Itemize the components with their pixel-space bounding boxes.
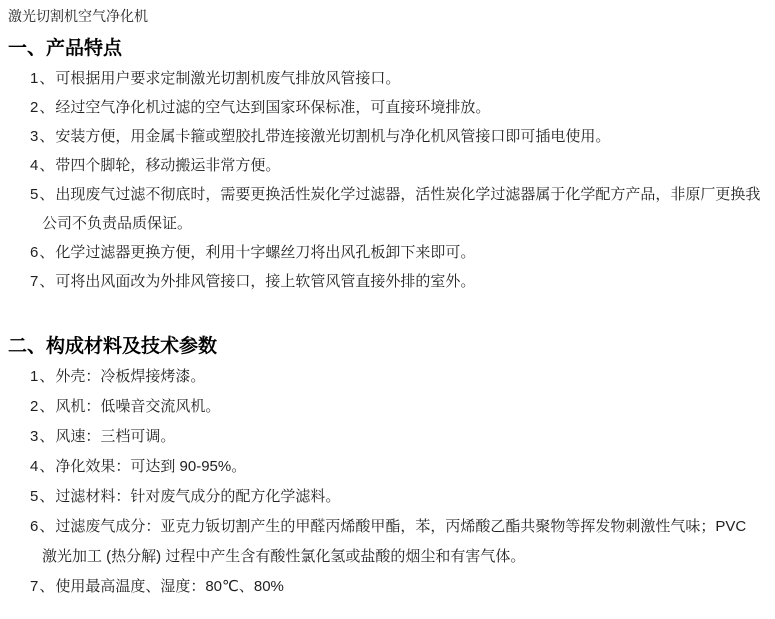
list-item: 6、过滤废气成分：亚克力钣切割产生的甲醛丙烯酸甲酯，苯，丙烯酸乙酯共聚物等挥发物… [8,512,765,572]
item-text: 安装方便，用金属卡箍或塑胶扎带连接激光切割机与净化机风管接口即可插电使用。 [55,128,610,145]
item-number: 1、 [30,70,55,87]
list-item: 2、经过空气净化机过滤的空气达到国家环保标准，可直接环境排放。 [8,93,765,122]
section-2-heading: 二、构成材料及技术参数 [8,334,765,360]
item-number: 7、 [30,578,55,595]
item-number: 3、 [30,428,55,445]
list-item: 1、外壳：冷板焊接烤漆。 [8,362,765,392]
list-item: 2、风机：低噪音交流风机。 [8,392,765,422]
document: 激光切割机空气净化机 一、产品特点 1、可根据用户要求定制激光切割机废气排放风管… [0,0,775,602]
item-text: 净化效果：可达到 90-95%。 [55,458,246,475]
item-text: 带四个脚轮，移动搬运非常方便。 [55,157,280,174]
document-title: 激光切割机空气净化机 [8,6,765,27]
section-1-heading: 一、产品特点 [8,36,765,62]
section-2-list: 1、外壳：冷板焊接烤漆。 2、风机：低噪音交流风机。 3、风速：三档可调。 4、… [8,362,765,602]
list-item: 4、带四个脚轮，移动搬运非常方便。 [8,151,765,180]
item-text: 外壳：冷板焊接烤漆。 [55,368,205,385]
item-text: 过滤材料：针对废气成分的配方化学滤料。 [55,488,340,505]
item-text: 风速：三档可调。 [55,428,175,445]
list-item: 4、净化效果：可达到 90-95%。 [8,452,765,482]
list-item: 5、出现废气过滤不彻底时，需要更换活性炭化学过滤器，活性炭化学过滤器属于化学配方… [8,180,765,238]
item-number: 2、 [30,398,55,415]
item-text: 化学过滤器更换方便，利用十字螺丝刀将出风孔板卸下来即可。 [55,244,475,261]
item-text: 过滤废气成分：亚克力钣切割产生的甲醛丙烯酸甲酯，苯，丙烯酸乙酯共聚物等挥发物刺激… [42,518,746,565]
list-item: 5、过滤材料：针对废气成分的配方化学滤料。 [8,482,765,512]
item-text: 使用最高温度、湿度：80℃、80% [55,578,284,595]
item-number: 5、 [30,488,55,505]
item-number: 6、 [30,244,55,261]
item-text: 经过空气净化机过滤的空气达到国家环保标准，可直接环境排放。 [55,99,490,116]
item-number: 7、 [30,273,55,290]
list-item: 7、使用最高温度、湿度：80℃、80% [8,572,765,602]
item-number: 1、 [30,368,55,385]
section-1-list: 1、可根据用户要求定制激光切割机废气排放风管接口。 2、经过空气净化机过滤的空气… [8,64,765,296]
item-number: 5、 [30,186,55,203]
item-text: 出现废气过滤不彻底时，需要更换活性炭化学过滤器，活性炭化学过滤器属于化学配方产品… [42,186,760,232]
list-item: 3、安装方便，用金属卡箍或塑胶扎带连接激光切割机与净化机风管接口即可插电使用。 [8,122,765,151]
item-text: 可根据用户要求定制激光切割机废气排放风管接口。 [55,70,400,87]
item-number: 2、 [30,99,55,116]
list-item: 6、化学过滤器更换方便，利用十字螺丝刀将出风孔板卸下来即可。 [8,238,765,267]
list-item: 3、风速：三档可调。 [8,422,765,452]
list-item: 1、可根据用户要求定制激光切割机废气排放风管接口。 [8,64,765,93]
item-number: 6、 [30,518,55,535]
item-number: 4、 [30,157,55,174]
item-text: 风机：低噪音交流风机。 [55,398,220,415]
item-number: 4、 [30,458,55,475]
item-text: 可将出风面改为外排风管接口，接上软管风管直接外排的室外。 [55,273,475,290]
list-item: 7、可将出风面改为外排风管接口，接上软管风管直接外排的室外。 [8,267,765,296]
item-number: 3、 [30,128,55,145]
